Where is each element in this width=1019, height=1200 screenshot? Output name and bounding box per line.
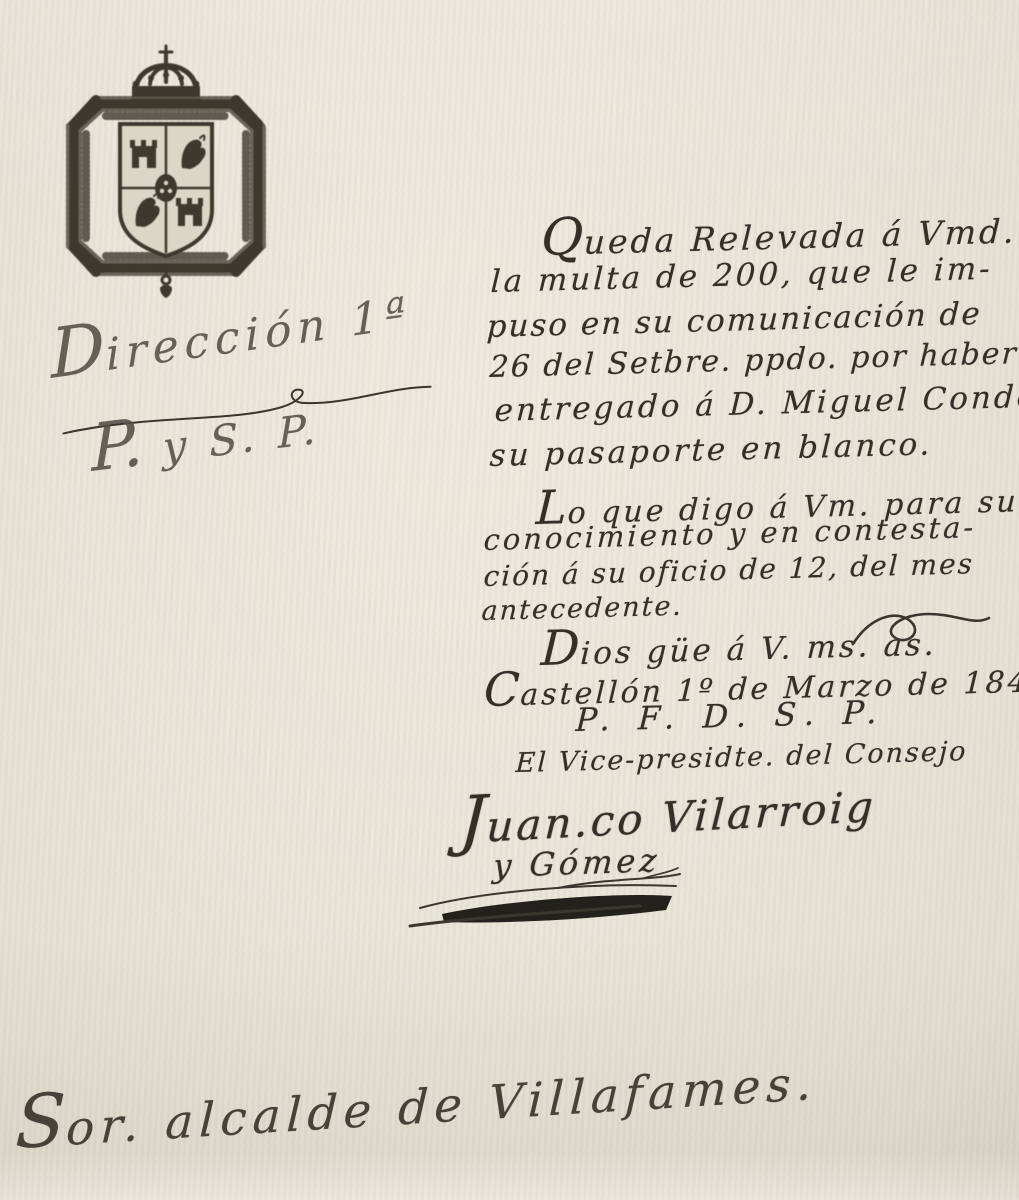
body-line: puso en su comunicación de	[486, 298, 982, 344]
salutation-flourish	[845, 602, 995, 657]
addressee-line: Sor. alcalde de Villafames.	[14, 1037, 819, 1163]
royal-coat-of-arms-stamp-icon	[66, 42, 266, 299]
signature-name: Juan.co Vilarroig	[458, 766, 878, 856]
body-line: entregado á D. Miguel Conde	[494, 381, 1019, 428]
body-line: ción á su oficio de 12, del mes	[483, 549, 975, 591]
margin-ramo-line: P. y S. P.	[91, 388, 321, 485]
scanned-letter-page: { "colors": { "paper": "#e8e5d8", "ink":…	[0, 0, 1019, 1200]
body-line: 26 del Setbre. ppdo. por haber	[489, 338, 1019, 383]
body-line: su pasaporte en blanco.	[489, 428, 933, 472]
signature-rubric-flourish	[408, 872, 698, 932]
closing-formula: P. F. D. S. P.	[575, 696, 887, 738]
